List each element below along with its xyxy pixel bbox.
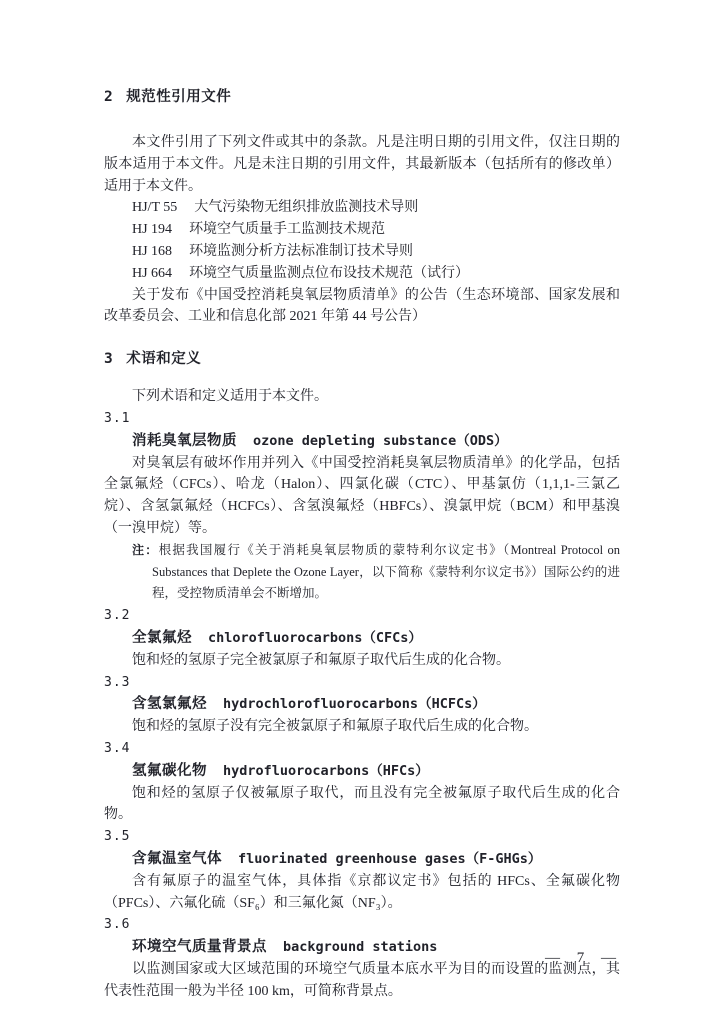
term-block: 3.2 全氯氟烃chlorofluorocarbons（CFCs） 饱和烃的氢原… — [104, 605, 620, 671]
term-id: 3.2 — [104, 605, 620, 627]
term-block: 3.6 环境空气质量背景点background stations 以监测国家或大… — [104, 914, 620, 1002]
term-block: 3.5 含氟温室气体fluorinated greenhouse gases（F… — [104, 826, 620, 914]
term-block: 3.1 消耗臭氧层物质ozone depleting substance（ODS… — [104, 408, 620, 605]
term-name-en: fluorinated greenhouse gases（F-GHGs） — [238, 851, 541, 867]
term-name-zh: 全氯氟烃 — [132, 630, 192, 646]
term-definition: 以监测国家或大区域范围的环境空气质量本底水平为目的而设置的监测点，其代表性范围一… — [104, 959, 620, 1003]
reference-code: HJ 664 — [132, 266, 172, 281]
reference-item: HJ 194环境空气质量手工监测技术规范 — [104, 219, 620, 241]
reference-item: HJ 168环境监测分析方法标准制订技术导则 — [104, 241, 620, 263]
term-heading: 全氯氟烃chlorofluorocarbons（CFCs） — [104, 627, 620, 650]
reference-title: 环境空气质量监测点位布设技术规范（试行） — [189, 266, 469, 281]
note-label: 注： — [132, 543, 159, 557]
term-note: 注：根据我国履行《关于消耗臭氧层物质的蒙特利尔议定书》（Montreal Pro… — [104, 540, 620, 605]
term-block: 3.3 含氢氯氟烃hydrochlorofluorocarbons（HCFCs）… — [104, 672, 620, 738]
term-id: 3.3 — [104, 672, 620, 694]
term-definition: 含有氟原子的温室气体，具体指《京都议定书》包括的 HFCs、全氟碳化物（PFCs… — [104, 871, 620, 915]
reference-list: HJ/T 55大气污染物无组织排放监测技术导则 HJ 194环境空气质量手工监测… — [104, 197, 620, 284]
section-2-title: 规范性引用文件 — [126, 89, 231, 105]
term-name-en: ozone depleting substance（ODS） — [253, 433, 508, 449]
term-name-zh: 氢氟碳化物 — [132, 763, 207, 779]
section-3-title: 术语和定义 — [126, 351, 201, 367]
section-2-number: 2 — [104, 86, 113, 108]
reference-code: HJ 194 — [132, 222, 172, 237]
term-heading: 氢氟碳化物hydrofluorocarbons（HFCs） — [104, 760, 620, 783]
term-name-zh: 消耗臭氧层物质 — [132, 433, 237, 449]
reference-code: HJ 168 — [132, 244, 172, 259]
term-definition: 饱和烃的氢原子完全被氯原子和氟原子取代后生成的化合物。 — [104, 650, 620, 672]
term-name-en: hydrochlorofluorocarbons（HCFCs） — [223, 696, 486, 712]
section-2-heading: 2规范性引用文件 — [104, 86, 620, 108]
section-3-number: 3 — [104, 348, 113, 370]
document-content: 2规范性引用文件 本文件引用了下列文件或其中的条款。凡是注明日期的引用文件，仅注… — [104, 86, 620, 1002]
section-3-heading: 3术语和定义 — [104, 348, 620, 370]
reference-item: HJ 664环境空气质量监测点位布设技术规范（试行） — [104, 263, 620, 285]
term-name-zh: 含氟温室气体 — [132, 851, 222, 867]
term-definition: 饱和烃的氢原子没有完全被氯原子和氟原子取代后生成的化合物。 — [104, 716, 620, 738]
document-page: 2规范性引用文件 本文件引用了下列文件或其中的条款。凡是注明日期的引用文件，仅注… — [0, 0, 724, 1024]
term-id: 3.4 — [104, 738, 620, 760]
reference-title: 环境监测分析方法标准制订技术导则 — [189, 244, 413, 259]
term-name-zh: 含氢氯氟烃 — [132, 696, 207, 712]
section-2-intro-paragraph: 本文件引用了下列文件或其中的条款。凡是注明日期的引用文件，仅注日期的版本适用于本… — [104, 132, 620, 197]
term-heading: 含氟温室气体fluorinated greenhouse gases（F-GHG… — [104, 848, 620, 871]
announcement-paragraph: 关于发布《中国受控消耗臭氧层物质清单》的公告（生态环境部、国家发展和改革委员会、… — [104, 285, 620, 329]
reference-code: HJ/T 55 — [132, 200, 177, 215]
page-number: — 7 — — [545, 947, 618, 969]
term-id: 3.1 — [104, 408, 620, 430]
reference-item: HJ/T 55大气污染物无组织排放监测技术导则 — [104, 197, 620, 219]
term-name-en: background stations — [283, 939, 437, 955]
reference-title: 大气污染物无组织排放监测技术导则 — [194, 200, 418, 215]
term-definition: 饱和烃的氢原子仅被氟原子取代，而且没有完全被氟原子取代后生成的化合物。 — [104, 783, 620, 827]
term-id: 3.5 — [104, 826, 620, 848]
term-name-en: hydrofluorocarbons（HFCs） — [223, 763, 429, 779]
term-heading: 消耗臭氧层物质ozone depleting substance（ODS） — [104, 430, 620, 453]
term-block: 3.4 氢氟碳化物hydrofluorocarbons（HFCs） 饱和烃的氢原… — [104, 738, 620, 826]
term-name-zh: 环境空气质量背景点 — [132, 939, 267, 955]
section-3-intro-paragraph: 下列术语和定义适用于本文件。 — [104, 386, 620, 408]
term-name-en: chlorofluorocarbons（CFCs） — [208, 630, 422, 646]
reference-title: 环境空气质量手工监测技术规范 — [189, 222, 385, 237]
note-text: 根据我国履行《关于消耗臭氧层物质的蒙特利尔议定书》（Montreal Proto… — [152, 543, 620, 601]
term-id: 3.6 — [104, 914, 620, 936]
term-definition: 对臭氧层有破坏作用并列入《中国受控消耗臭氧层物质清单》的化学品，包括全氯氟烃（C… — [104, 453, 620, 540]
term-heading: 含氢氯氟烃hydrochlorofluorocarbons（HCFCs） — [104, 693, 620, 716]
term-heading: 环境空气质量背景点background stations — [104, 936, 620, 959]
